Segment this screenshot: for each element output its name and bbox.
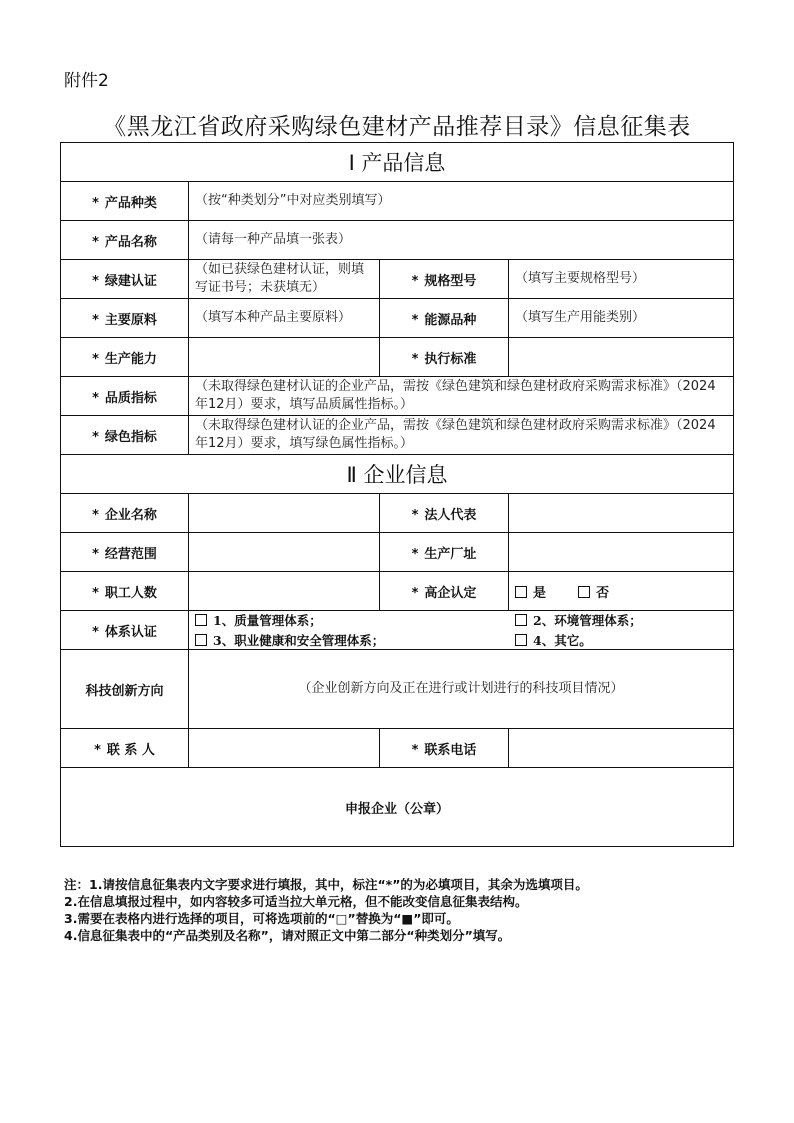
label-hitech: *高企认定	[380, 572, 509, 611]
note-2: 2.在信息填报过程中，如内容较多可适当拉大单元格，但不能改变信息征集表结构。	[64, 893, 588, 910]
hitech-no-option[interactable]: 否	[578, 582, 609, 601]
label-contact-phone: *联系电话	[380, 729, 509, 768]
business-scope-field[interactable]	[189, 533, 380, 572]
green-index-field[interactable]: （未取得绿色建材认证的企业产品，需按《绿色建筑和绿色建材政府采购需求标准》（20…	[189, 416, 734, 455]
capacity-field[interactable]	[189, 338, 380, 377]
section-header-company: Ⅱ 企业信息	[61, 455, 734, 494]
company-name-field[interactable]	[189, 494, 380, 533]
note-3: 3.需要在表格内进行选择的项目，可将选项前的“□”替换为“■”即可。	[64, 910, 588, 927]
contact-phone-field[interactable]	[509, 729, 734, 768]
checkbox-icon[interactable]	[578, 586, 590, 598]
label-product-name: *产品名称	[61, 221, 189, 260]
hitech-yes-option[interactable]: 是	[515, 582, 546, 601]
note-1: 注：1.请按信息征集表内文字要求进行填报，其中，标注“*”的为必填项目，其余为选…	[64, 876, 588, 893]
label-factory-address: *生产厂址	[380, 533, 509, 572]
section-header-product: Ⅰ 产品信息	[61, 143, 734, 182]
system-cert-option-4[interactable]: 4、其它。	[515, 631, 727, 649]
spec-field[interactable]: （填写主要规格型号）	[509, 260, 734, 299]
checkbox-icon[interactable]	[195, 614, 207, 626]
info-form-table: Ⅰ 产品信息 *产品种类 （按“种类划分”中对应类别填写） *产品名称 （请每一…	[60, 142, 734, 847]
note-4: 4.信息征集表中的“产品类别及名称”，请对照正文中第二部分“种类划分”填写。	[64, 927, 588, 944]
system-cert-options: 1、质量管理体系； 2、环境管理体系； 3、职业健康和安全管理体系； 4、其它。	[189, 611, 734, 650]
product-category-field[interactable]: （按“种类划分”中对应类别填写）	[189, 182, 734, 221]
quality-field[interactable]: （未取得绿色建材认证的企业产品，需按《绿色建筑和绿色建材政府采购需求标准》（20…	[189, 377, 734, 416]
label-quality: *品质指标	[61, 377, 189, 416]
label-system-cert: *体系认证	[61, 611, 189, 650]
hitech-options: 是 否	[509, 572, 734, 611]
staff-count-field[interactable]	[189, 572, 380, 611]
label-company-name: *企业名称	[61, 494, 189, 533]
checkbox-icon[interactable]	[515, 634, 527, 646]
checkbox-icon[interactable]	[195, 634, 207, 646]
system-cert-option-2[interactable]: 2、环境管理体系；	[515, 611, 727, 629]
label-product-category: *产品种类	[61, 182, 189, 221]
checkbox-icon[interactable]	[515, 614, 527, 626]
label-energy: *能源品种	[380, 299, 509, 338]
label-contact-person: *联 系 人	[61, 729, 189, 768]
attachment-label: 附件2	[64, 66, 109, 91]
label-standard: *执行标准	[380, 338, 509, 377]
legal-rep-field[interactable]	[509, 494, 734, 533]
label-capacity: *生产能力	[61, 338, 189, 377]
product-name-field[interactable]: （请每一种产品填一张表）	[189, 221, 734, 260]
standard-field[interactable]	[509, 338, 734, 377]
energy-field[interactable]: （填写生产用能类别）	[509, 299, 734, 338]
innovation-field[interactable]: （企业创新方向及正在进行或计划进行的科技项目情况）	[189, 650, 734, 729]
green-cert-field[interactable]: （如已获绿色建材认证，则填写证书号；未获填无）	[189, 260, 380, 299]
label-green-index: *绿色指标	[61, 416, 189, 455]
label-business-scope: *经营范围	[61, 533, 189, 572]
factory-address-field[interactable]	[509, 533, 734, 572]
label-green-cert: *绿建认证	[61, 260, 189, 299]
materials-field[interactable]: （填写本种产品主要原料）	[189, 299, 380, 338]
system-cert-option-1[interactable]: 1、质量管理体系；	[195, 611, 515, 629]
notes: 注：1.请按信息征集表内文字要求进行填报，其中，标注“*”的为必填项目，其余为选…	[64, 876, 588, 944]
company-seal-area[interactable]: 申报企业（公章）	[61, 768, 734, 847]
contact-person-field[interactable]	[189, 729, 380, 768]
label-spec: *规格型号	[380, 260, 509, 299]
label-legal-rep: *法人代表	[380, 494, 509, 533]
page-title: 《黑龙江省政府采购绿色建材产品推荐目录》信息征集表	[0, 108, 794, 141]
label-materials: *主要原料	[61, 299, 189, 338]
label-staff-count: *职工人数	[61, 572, 189, 611]
system-cert-option-3[interactable]: 3、职业健康和安全管理体系；	[195, 631, 515, 649]
label-innovation: 科技创新方向	[61, 650, 189, 729]
checkbox-icon[interactable]	[515, 586, 527, 598]
